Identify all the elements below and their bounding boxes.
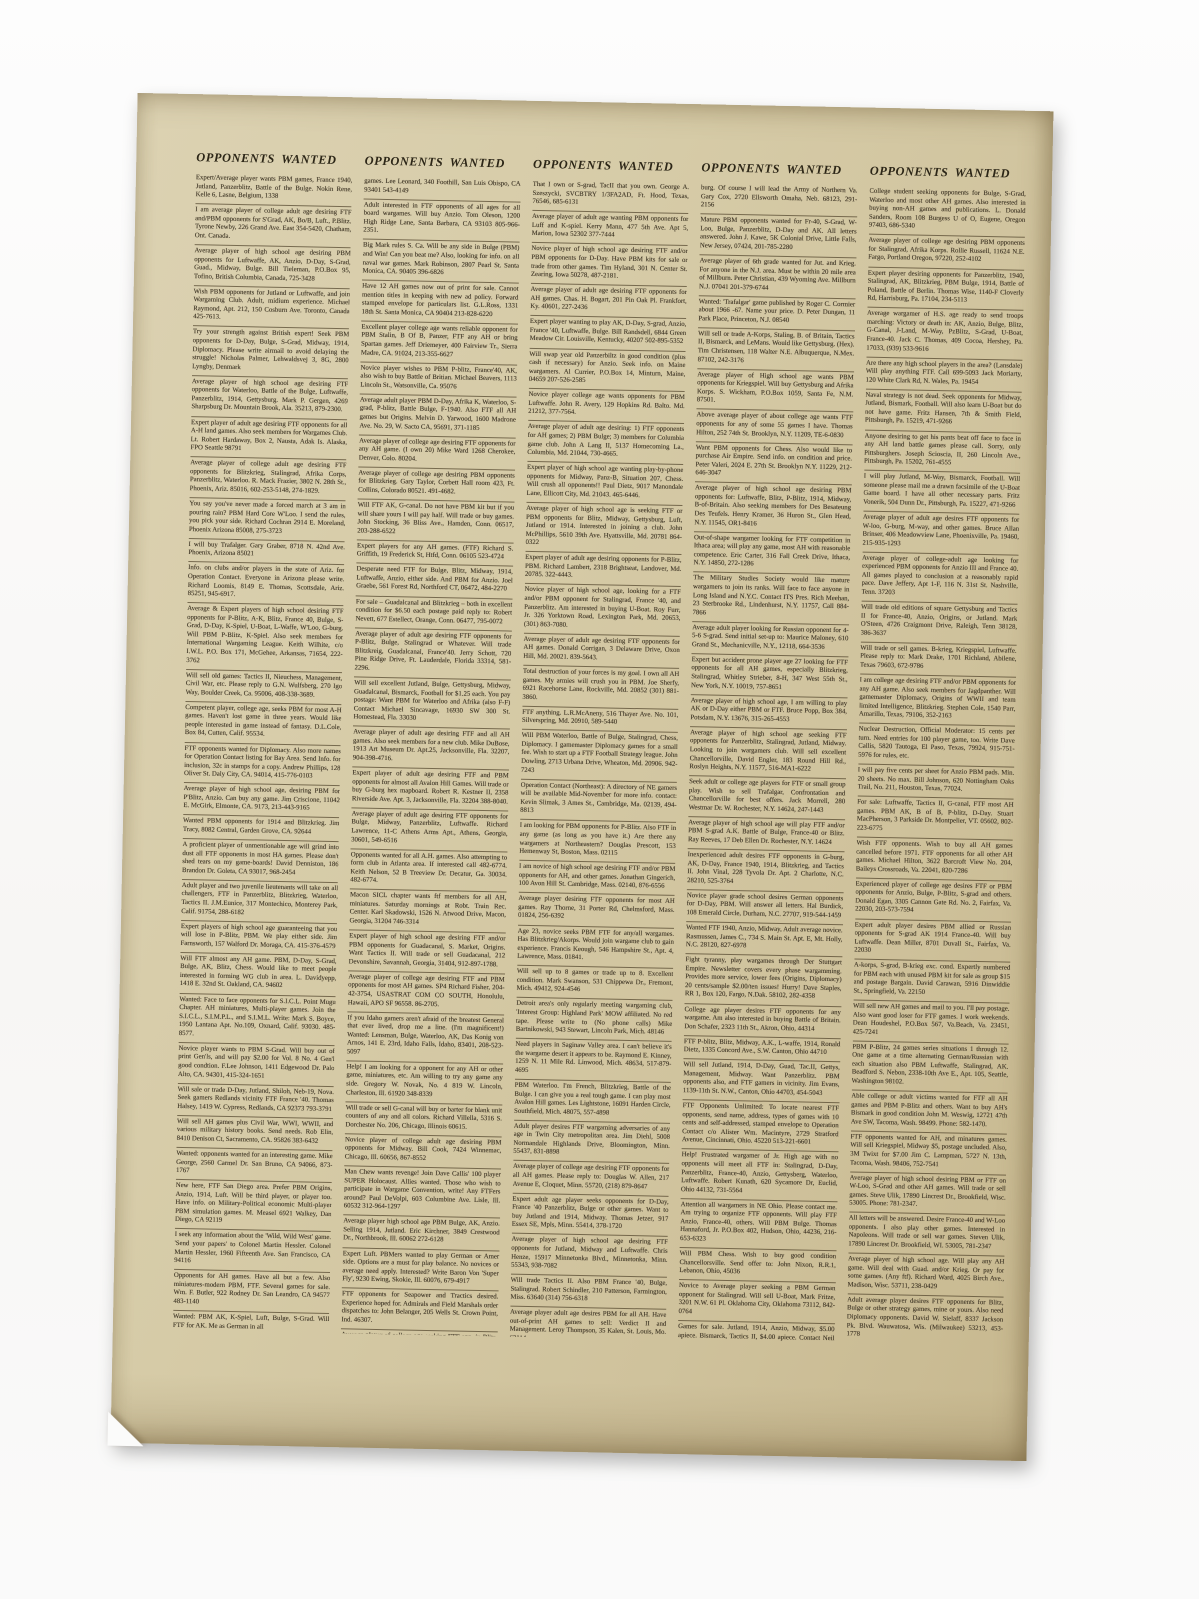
classified-ad: College age player desires FTF opponents… [684, 1003, 841, 1038]
classified-ad: Will sale or trade D-Day, Jutland, Shilo… [177, 1083, 334, 1118]
classified-ad: Need players in Saginaw Valley area. I c… [515, 1038, 672, 1082]
classified-ad: Average player of high school age, desir… [183, 782, 340, 817]
classified-ad: Wish PBM opponents for Jutland or Luftwa… [193, 285, 350, 329]
classified-ad: I am looking for PBM opponents for P-Bli… [519, 819, 676, 863]
classified-ad: Novice player wants to PBM S-Grad. Will … [178, 1042, 335, 1086]
classified-ad: Will sell new AH games and mail to you. … [852, 999, 1009, 1043]
classified-ad: Novice player of high school age, lookin… [524, 583, 681, 635]
classified-ad: Desperate need FTF for Bulge, Blitz, Mid… [356, 563, 513, 598]
classified-ad: Detroit area's only regularly meeting wa… [516, 997, 673, 1041]
classified-ad: A proficient player of unmentionable age… [182, 838, 339, 882]
classified-ad: Average adult player looking for Russian… [692, 621, 849, 656]
classified-ad: Expert player of high school age wanting… [526, 461, 683, 505]
classified-ad: Average player of high school age desiri… [194, 244, 351, 288]
classified-ad: I am novice of high school age desiring … [518, 860, 675, 895]
classified-ad: FTF P-blitz, Blitz, Midway, A.K., L-waff… [684, 1035, 841, 1062]
classified-ad: I am college age desiring FTF and/or PBM… [859, 674, 1016, 726]
classified-ad: Average player of high school desiring P… [849, 1171, 1006, 1215]
classified-ad: FTF Opponents Unlimited: To locate neare… [682, 1099, 839, 1151]
classified-ad: Nuclear Destruction, Official Moderator:… [858, 723, 1015, 767]
classified-ad: Will FTF AK, G-canal. Do not have PBM ki… [357, 498, 514, 542]
classified-ad: Average player of adult age desiring FTF… [351, 807, 508, 851]
classified-ad: Average player of college age desiring F… [512, 1160, 669, 1195]
classified-ad: I seek any information about the 'Wild, … [174, 1228, 331, 1272]
classified-ad: Average player of college age desiring P… [868, 234, 1025, 269]
ads-column: OPPONENTS WANTEDThat I own or S-grad, Ta… [510, 157, 690, 1340]
classified-ad: Average player of high school age is see… [525, 502, 682, 554]
classified-ad: Novice player wishes to PBM P-blitz, Fra… [360, 361, 517, 396]
classified-ad: Average player of college age desiring F… [359, 434, 516, 469]
classified-ad: Attention all wargamers in NE Ohio. Plea… [680, 1198, 837, 1250]
classified-ad: Average player adult age desires PBM for… [510, 1306, 667, 1340]
classified-ad: Average & Expert players of high school … [186, 602, 344, 672]
classified-ad: Average adult player PBM D-Day, Afrika K… [359, 393, 516, 437]
classified-ad: Novice player of high school age desirin… [531, 242, 688, 286]
classified-ad: Opponents wanted for all A.H. games. Als… [350, 848, 507, 892]
classified-ad: Total destruction of your forces is my g… [522, 665, 679, 709]
classified-ad: Have 12 AH games now out of print for sa… [362, 280, 519, 324]
classified-ad: Macon SICL chapter wants ftf members for… [349, 889, 506, 933]
classified-ad: Will sell up to 8 games or trade up to 8… [516, 965, 673, 1000]
classified-ad: Big Mark rules S. Ca. Will be any side i… [362, 239, 519, 283]
classified-ad: Average player of adult age wanting PBM … [532, 210, 689, 245]
classified-ad: Want PBM opponents for Chess. Also would… [695, 441, 852, 485]
classified-ad: Average player of high school age. Will … [847, 1252, 1004, 1296]
classified-ad: Novice player grade school desires Germa… [686, 889, 843, 924]
classified-ad: Average player of high school age desiri… [511, 1233, 668, 1277]
classified-ad: Average player of high school age desiri… [694, 482, 851, 534]
ads-column: OPPONENTS WANTEDCollege student seeking … [846, 164, 1026, 1347]
classified-ad: For sale – Guadalcanal and Blitzkrieg – … [355, 595, 512, 630]
classified-ad: Average player of adult age desiring FTF… [353, 726, 510, 770]
classified-ad: FTF opponents wanted for AH, and minatur… [850, 1130, 1007, 1174]
classified-ad: Average player of adult age desiring FTF… [523, 633, 680, 668]
classified-ad: Average player of high school age, I am … [690, 694, 847, 729]
classified-ad: FTF opponents for Seapower and Tractics … [341, 1288, 498, 1332]
classified-ad: Will trade or sell games. B-krieg, Krieg… [860, 641, 1017, 676]
classified-ad: Expert player of adult age desiring FTF … [352, 766, 509, 810]
classified-ad: Opponents for AH games. Have all but a f… [173, 1269, 330, 1313]
classified-ad: Adult average player desires FTF opponen… [846, 1293, 1003, 1345]
classified-ad: The Military Studies Society would like … [692, 572, 849, 624]
classified-ad: Naval strategy is not dead. Seek opponen… [865, 388, 1022, 432]
classified-ad: Anyone desiring to get his pants beat of… [864, 429, 1021, 473]
classified-ad: Average player of adult age desiring FTF… [530, 283, 687, 318]
classified-ad: Try your strength against British expert… [192, 326, 349, 378]
classified-ad: Wanted: PBM AK, K-Spiel, Luft, Bulge, S-… [173, 1310, 330, 1333]
classified-ad: Average player of High school age wants … [697, 368, 854, 412]
classified-ad: Operation Contact (Northeast): A directo… [520, 778, 677, 822]
classified-ad: Expert but accident prone player age 27 … [691, 653, 848, 697]
classified-ad: Average player of adult age desiring: 1)… [527, 420, 684, 464]
classified-ad: Expert players of high school age guaran… [180, 920, 337, 955]
classified-ad: New here, FTF San Diego area. Prefer PBM… [175, 1179, 332, 1231]
classified-ad: Mature PBM opponents wanted for Fr-40, S… [700, 213, 857, 257]
classified-ad: burg. Of course I will lead the Army of … [701, 182, 858, 216]
classified-ad: I will buy Trafalger. Gary Graber, 8718 … [188, 538, 345, 565]
classified-ad: Info. on clubs and/or players in the sta… [187, 561, 344, 605]
classified-ad: Will PBM Chess. Wish to buy good conditi… [679, 1247, 836, 1282]
column-header: OPPONENTS WANTED [701, 160, 858, 178]
classified-ad: Man Chew wants revenge! Join Dave Callis… [344, 1165, 501, 1217]
column-header: OPPONENTS WANTED [196, 150, 353, 168]
classified-ad: Will sell old games: Tactics II, Nieuche… [185, 669, 342, 704]
classified-ad: Out-of-shape wargamer looking for FTF co… [693, 531, 850, 575]
classified-ad: FTF opponents wanted for Diplomacy. Also… [184, 742, 341, 786]
classified-ad: Average player desiring FTF opponents fo… [518, 892, 675, 927]
classified-ad: Will sell AH games plus Civil War, WWI, … [176, 1115, 333, 1150]
classified-ad: Expert adult age player seeks opponents … [512, 1192, 669, 1236]
classified-ad: Wanted: Face to face opponents for S.I.C… [179, 992, 336, 1044]
classified-ad: Adult player desires FTF wargaming adver… [513, 1119, 670, 1163]
classified-ad: Average wargamer of H.S. age ready to se… [866, 307, 1023, 359]
classified-ad: Competent player, college age, seeks PBM… [185, 701, 342, 745]
classified-ad: Average player high school age PBM Bulge… [343, 1215, 500, 1250]
ads-column: OPPONENTS WANTEDburg. Of course I will l… [678, 160, 858, 1343]
classified-ad: PBM Waterloo. I'm French, Blitzkrieg, Ba… [514, 1079, 671, 1123]
classified-ad: Fight tyranny, play wargames through Der… [685, 953, 842, 1005]
magazine-page: OPPONENTS WANTEDExpert/Average player wa… [111, 93, 1054, 1461]
classified-ad: Expert player of adult age desiring FTF … [190, 416, 347, 460]
classified-ad: Adult interested in FTF opponents of all… [363, 198, 520, 242]
classified-ad: Inexperienced adult desires FTF opponent… [687, 848, 844, 892]
classified-ad: Help! Frustrated wargamer of Jr. High ag… [681, 1148, 838, 1200]
classified-ad: Expert player of high school age desirin… [348, 929, 505, 973]
classifieds-columns: OPPONENTS WANTEDExpert/Average player wa… [173, 150, 1027, 1346]
classified-ad: Expert adult player desires PBM allied o… [854, 918, 1011, 962]
classified-ad: Will sell Jutland, 1914, D-Day, Guad, Ta… [683, 1058, 840, 1102]
classified-ad: Will PBM Waterloo, Battle of Bulge, Stal… [521, 729, 678, 781]
classified-ad: Able college or adult victims wanted for… [851, 1090, 1008, 1134]
classified-ad: Expert player desiring opponents for Pan… [867, 266, 1024, 310]
classified-ad: Novice to Average player seeking a PBM G… [678, 1279, 835, 1323]
classified-ad: All letters will be answered. Desire Fra… [848, 1212, 1005, 1256]
classified-ad: Average player of college age desiring P… [358, 466, 515, 501]
classified-ad: Average player of college-adult age look… [861, 551, 1018, 603]
classified-ad: Average player of high school age will p… [688, 816, 845, 851]
classified-ad: Will trade Tactics II. Also PBM France '… [510, 1274, 667, 1309]
classified-ad: Novice player college age wants opponent… [528, 388, 685, 423]
ads-column: OPPONENTS WANTEDExpert/Average player wa… [173, 150, 353, 1333]
classified-ad: Average player of high school age seekin… [689, 726, 846, 778]
classified-ad: Wish FTF opponents. Wish to buy all AH g… [856, 837, 1013, 881]
classified-ad: FTF anything. L.R.McAneny, 516 Thayer Av… [522, 705, 679, 732]
column-header: OPPONENTS WANTED [870, 164, 1027, 182]
classified-ad: Help! I am looking for a opponent for an… [346, 1060, 503, 1104]
classified-ad: You say you've never made a forced march… [189, 497, 346, 541]
classified-ad: I will play Jutland, M-Way, Bismarck, Fo… [863, 470, 1020, 514]
classified-ad: Average player of 6th grade wanted for J… [699, 254, 856, 298]
classified-ad: Wanted: opponents wanted for an interest… [176, 1147, 333, 1182]
classified-ad: Novice player of college adult age desir… [345, 1133, 502, 1168]
classified-ad: Will trade old editions of square Gettys… [860, 601, 1017, 645]
classified-ad: Expert players for any AH games. (FTF) R… [357, 539, 514, 566]
classified-ad: Are there any high school players in the… [865, 356, 1022, 391]
classified-ad: Above average player of about college ag… [696, 409, 853, 444]
classified-ad: Average player of adult age desires FTF … [862, 511, 1019, 555]
classified-ad: If you Idaho gamers aren't afraid of the… [347, 1011, 504, 1063]
classified-ad: Excellent player college age wants relia… [361, 320, 518, 364]
classified-ad: Expert Luft. PBMers wanted to play Germa… [342, 1247, 499, 1291]
classified-ad: For sale: Luftwaffe, Tactics II, G-canal… [856, 796, 1013, 840]
column-header: OPPONENTS WANTED [365, 154, 522, 172]
classified-ad: Will FTF almost any AH game. PBM, D-Day,… [180, 952, 337, 996]
classified-ad: College student seeking opponents for Bu… [869, 186, 1026, 237]
classified-ad: That I own or S-grad, TacII that you own… [532, 179, 689, 213]
classified-ad: Average player of college age desiring F… [348, 970, 505, 1014]
classified-ad: Expert player of adult age desiring oppo… [525, 551, 682, 586]
classified-ad: Expert player wanting to play AK, D-Day,… [529, 315, 686, 350]
classified-ad: Average player of college adult age desi… [190, 456, 347, 500]
classified-ad: Wanted FTF 1940, Anzio, Midway, Adult av… [686, 921, 843, 956]
classified-ad: Experienced player of college age desire… [855, 877, 1012, 921]
ads-column: OPPONENTS WANTEDgames. Lee Leonard, 340 … [341, 154, 521, 1337]
classified-ad: games. Lee Leonard, 340 Foothill, San Lu… [364, 176, 521, 202]
classified-ad: Will trade or sell G-canal will buy or b… [345, 1101, 502, 1136]
classified-ad: Will swap year old Panzerbiltz in good c… [529, 347, 686, 391]
classified-ad: Age 23, novice seeks PBM FTF for any/all… [517, 924, 674, 968]
classified-ad: I am average player of college adult age… [195, 203, 352, 247]
classified-ad: PBM P-Blitz, 24 games series situations … [851, 1040, 1008, 1092]
classified-ad: A-korps, S-grad, B-krieg exc. cond. Expe… [853, 959, 1010, 1003]
classified-ad: Will sell excellent Jutland, Bulge, Gett… [353, 676, 510, 728]
classified-ad: Average player of high school age desiri… [191, 375, 348, 419]
classified-ad: Seek adult or college age players for FT… [688, 775, 845, 819]
classified-ad: Games for sale. Jutland, 1914, Anzio, Mi… [678, 1320, 835, 1343]
classified-ad: I will pay five cents per sheet for Anzi… [857, 764, 1014, 799]
classified-ad: Wanted PBM opponents for 1914 and Blitzk… [183, 814, 340, 841]
classified-ad: Will sell or trade A-Korps, Staling, B. … [697, 327, 854, 371]
classified-ad: Expert/Average player wants PBM games, F… [195, 172, 352, 206]
classified-ad: Adult player and two juvenile lieutenant… [181, 879, 338, 923]
classified-ad: Wanted: 'Trafalgar' game published by Ro… [698, 295, 855, 330]
classified-ad: Average player of adult age desiring FTF… [354, 627, 511, 679]
photo-background: OPPONENTS WANTEDExpert/Average player wa… [0, 0, 1199, 1599]
column-header: OPPONENTS WANTED [533, 157, 690, 175]
